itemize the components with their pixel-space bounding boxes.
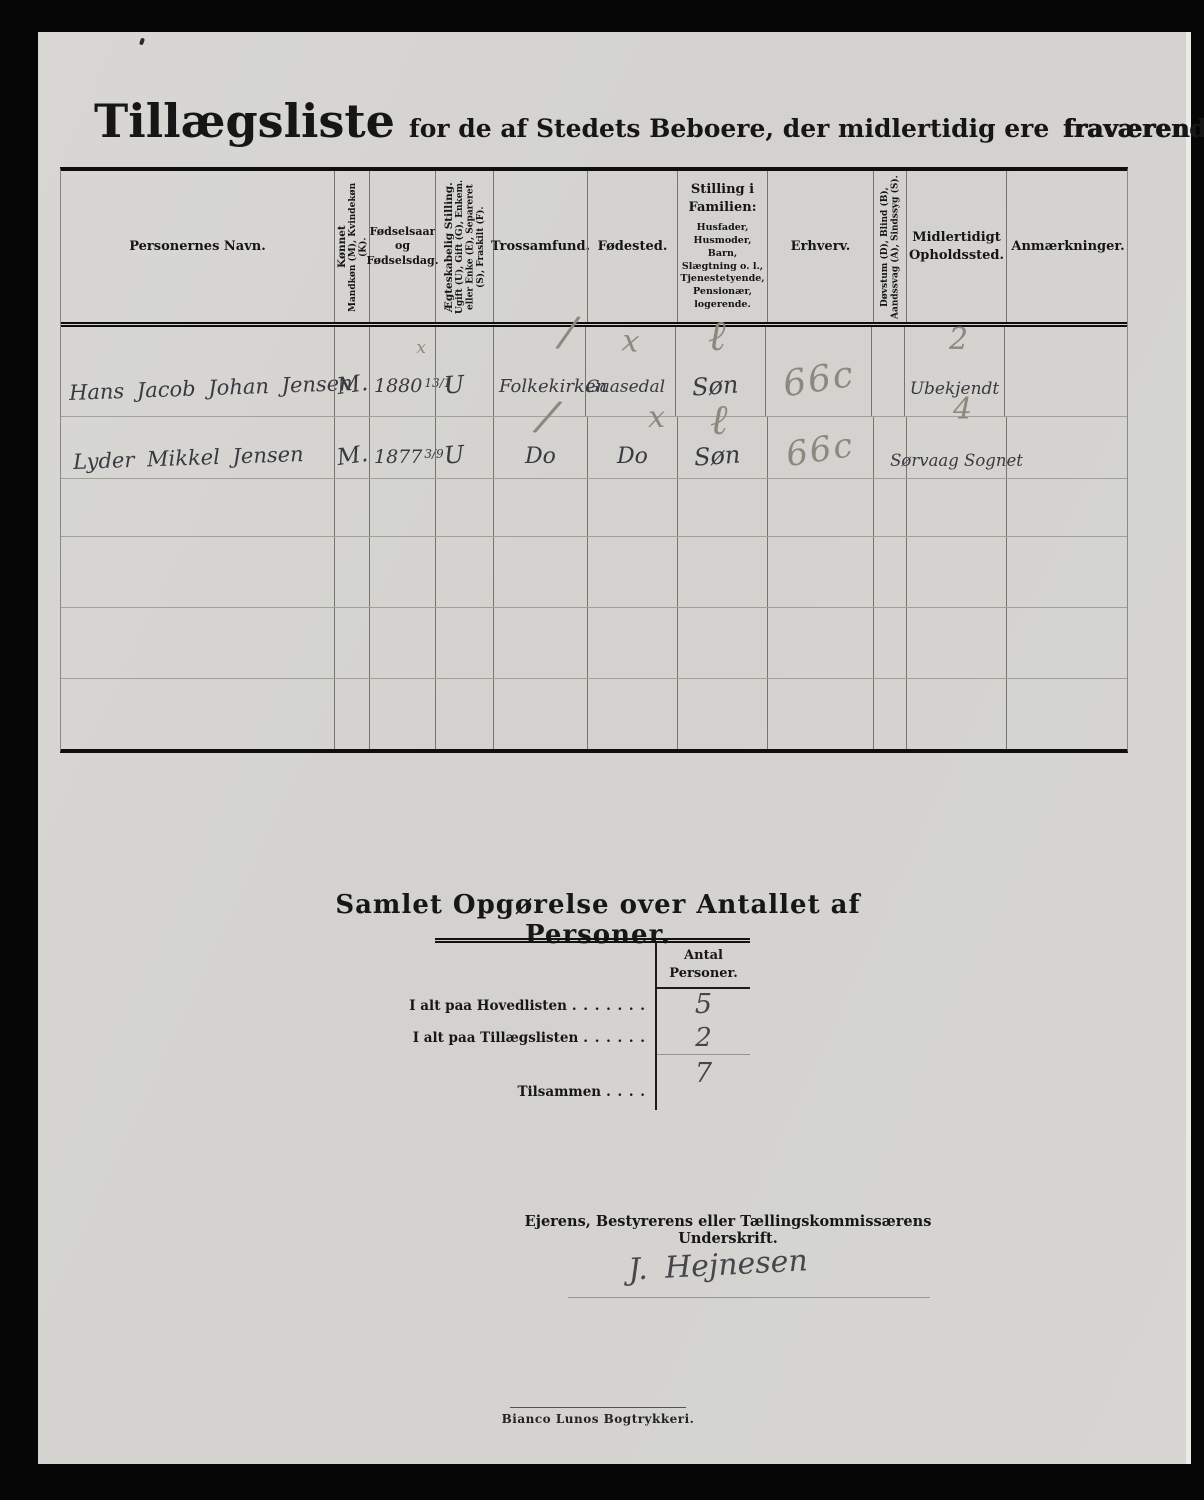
col-header-stilling-label: Stilling i Familien: [680, 181, 765, 216]
empty-cell [767, 679, 873, 749]
table-row-empty [61, 479, 1127, 537]
pencil-mark: ℓ [710, 399, 728, 441]
handwritten-name: Hans Jacob Johan Jensen [69, 371, 353, 405]
handwritten-family-position: Søn [693, 440, 741, 471]
table-row-empty [61, 608, 1127, 679]
empty-cell [677, 608, 767, 678]
handwritten-religion: Do [525, 444, 556, 469]
empty-cell [334, 608, 369, 678]
empty-cell [334, 679, 369, 749]
handwritten-name: Lyder Mikkel Jensen [73, 442, 304, 474]
cell-erhverv: 66c [767, 417, 873, 478]
col-header-fodested-label: Fødested. [598, 238, 668, 256]
dot-leader: . . . . . . [583, 1030, 646, 1046]
col-header-dovstum-label: Døvstum (D), Blind (B), Aandssvag (A), S… [880, 174, 901, 320]
col-header-stilling: Stilling i Familien: Husfader, Husmoder,… [677, 171, 767, 322]
empty-cell [435, 679, 493, 749]
handwritten-birth-year: 1880 [374, 375, 422, 397]
summary-labels: I alt paa Hovedlisten . . . . . . . I al… [435, 943, 655, 1110]
col-header-trossamfund-label: Trossamfund. [491, 238, 590, 256]
empty-cell [369, 679, 435, 749]
cell-trossamfund: Folkekirken / [493, 327, 587, 416]
empty-cell [906, 537, 1006, 607]
empty-cell [906, 608, 1006, 678]
empty-cell [369, 537, 435, 607]
handwritten-birth-year: 1877 [374, 446, 422, 468]
empty-cell [587, 608, 677, 678]
page-title: Tillægsliste for de af Stedets Beboere, … [94, 94, 1204, 148]
empty-cell [61, 679, 334, 749]
summary-row-tillaegslisten: I alt paa Tillægslisten . . . . . . [435, 1022, 655, 1054]
empty-cell [873, 679, 906, 749]
col-header-aegteskabelig: Ægteskabelig Stilling. Ugift (U), Gift (… [435, 171, 493, 322]
cell-kon: M. [334, 327, 369, 416]
printer-rule [510, 1407, 686, 1408]
table-row-empty [61, 679, 1127, 749]
empty-cell [435, 608, 493, 678]
col-header-navn-label: Personernes Navn. [129, 238, 266, 256]
col-header-kon: Kønnet Mandkøn (M), Kvindekøn (K). [334, 171, 369, 322]
empty-cell [1006, 679, 1129, 749]
empty-cell [369, 608, 435, 678]
pencil-mark: 4 [953, 395, 972, 425]
empty-cell [334, 537, 369, 607]
cell-navn: Lyder Mikkel Jensen [61, 417, 334, 478]
pencil-mark: x [416, 340, 426, 357]
col-header-fodselsaar: Fødselsaar og Fødselsdag. [369, 171, 435, 322]
empty-cell [767, 608, 873, 678]
summary-column-header: Antal Personer. [657, 943, 750, 989]
cell-fodested: Do x [587, 417, 677, 478]
empty-cell [61, 537, 334, 607]
summary-label-spacer [435, 943, 655, 989]
pencil-mark: x [620, 326, 640, 358]
signature-line [568, 1297, 930, 1298]
empty-cell [906, 479, 1006, 536]
dot-leader: . . . . [606, 1084, 646, 1100]
empty-cell [587, 479, 677, 536]
cell-stilling: Søn ℓ [677, 417, 767, 478]
col-header-fodselsaar-label: Fødselsaar og Fødselsdag. [366, 225, 438, 268]
cell-anmaerkninger [1006, 417, 1129, 478]
empty-cell [677, 679, 767, 749]
col-header-fodested: Fødested. [587, 171, 677, 322]
table-row-empty [61, 537, 1127, 608]
empty-cell [1006, 537, 1129, 607]
summary-label: I alt paa Hovedlisten [409, 998, 567, 1014]
summary-label: Tilsammen [517, 1084, 601, 1100]
col-header-kon-label: Kønnet [336, 174, 348, 320]
empty-cell [493, 479, 587, 536]
cell-erhverv: 66c [765, 327, 871, 416]
empty-cell [1006, 608, 1129, 678]
scan-speck [139, 38, 145, 46]
empty-cell [873, 479, 906, 536]
cell-fodselsaar: 18773/9 [369, 417, 435, 478]
empty-cell [677, 479, 767, 536]
empty-cell [435, 479, 493, 536]
paper-edge [1186, 32, 1191, 1464]
pencil-mark: x [648, 403, 665, 433]
col-header-aegteskabelig-sub: Ugift (U), Gift (G), Enkem. eller Enke (… [455, 174, 486, 320]
handwritten-sex: M. [335, 441, 369, 471]
col-header-opholdssted: Midlertidigt Opholdssted. [906, 171, 1006, 322]
handwritten-count-hovedlisten: 5 [657, 989, 750, 1022]
empty-cell [369, 479, 435, 536]
handwritten-temporary-residence: Sørvaag Sognet [890, 451, 1023, 470]
handwritten-signature: J. Hejnesen [597, 1242, 839, 1290]
cell-dovstum [871, 327, 904, 416]
col-header-stilling-sub: Husfader, Husmoder, Barn, Slægtning o. l… [680, 222, 765, 312]
empty-cell [61, 608, 334, 678]
col-header-erhverv-label: Erhverv. [791, 238, 851, 256]
census-table: Personernes Navn. Kønnet Mandkøn (M), Kv… [60, 167, 1128, 753]
empty-cell [493, 608, 587, 678]
empty-cell [906, 679, 1006, 749]
col-header-navn: Personernes Navn. [61, 171, 334, 322]
title-emphasis: fraværende. [1063, 114, 1204, 143]
handwritten-birthplace: Gaasedal [586, 377, 665, 397]
handwritten-count-tillaegslisten: 2 [657, 1022, 750, 1054]
printer-imprint: Bianco Lunos Bogtrykkeri. [497, 1412, 699, 1426]
col-header-erhverv: Erhverv. [767, 171, 873, 322]
pencil-occupation-code: 66c [780, 354, 858, 406]
empty-cell [334, 479, 369, 536]
summary-label: I alt paa Tillægslisten [413, 1030, 579, 1046]
title-main: Tillægsliste [94, 94, 395, 148]
handwritten-count-tilsammen: 7 [657, 1054, 750, 1110]
empty-cell [1006, 479, 1129, 536]
cell-kon: M. [334, 417, 369, 478]
summary-values-column: Antal Personer. 5 2 7 [655, 943, 750, 1110]
handwritten-marital-status: U [443, 440, 465, 469]
table-header-row: Personernes Navn. Kønnet Mandkøn (M), Kv… [61, 171, 1127, 327]
empty-cell [677, 537, 767, 607]
summary-table: I alt paa Hovedlisten . . . . . . . I al… [435, 938, 750, 1110]
empty-cell [587, 679, 677, 749]
empty-cell [435, 537, 493, 607]
table-row-2: Lyder Mikkel Jensen M. 18773/9 U Do / Do… [61, 417, 1127, 479]
col-header-anmaerkninger-label: Anmærkninger. [1011, 238, 1124, 256]
pencil-mark: 2 [949, 325, 968, 355]
col-header-dovstum: Døvstum (D), Blind (B), Aandssvag (A), S… [873, 171, 906, 322]
cell-aegteskabelig: U [435, 417, 493, 478]
cell-anmaerkninger [1004, 327, 1127, 416]
empty-cell [587, 537, 677, 607]
empty-cell [493, 679, 587, 749]
title-rest: for de af Stedets Beboere, der midlertid… [409, 114, 1049, 143]
pencil-mark: ℓ [708, 315, 726, 357]
cell-opholdssted: Sørvaag Sognet 4 [906, 417, 1006, 478]
col-header-trossamfund: Trossamfund. [493, 171, 587, 322]
col-header-kon-vertical: Kønnet Mandkøn (M), Kvindekøn (K). [336, 174, 369, 320]
summary-row-tilsammen: Tilsammen . . . . [435, 1054, 655, 1110]
empty-cell [767, 479, 873, 536]
handwritten-birthplace: Do [617, 444, 648, 469]
empty-cell [61, 479, 334, 536]
handwritten-sex: M. [335, 370, 369, 400]
handwritten-marital-status: U [443, 370, 465, 399]
col-header-anmaerkninger: Anmærkninger. [1006, 171, 1129, 322]
col-header-opholdssted-label: Midlertidigt Opholdssted. [909, 229, 1004, 264]
col-header-kon-sub: Mandkøn (M), Kvindekøn (K). [348, 174, 369, 320]
empty-cell [493, 537, 587, 607]
col-header-dovstum-vertical: Døvstum (D), Blind (B), Aandssvag (A), S… [880, 174, 901, 320]
empty-cell [873, 608, 906, 678]
cell-trossamfund: Do / [493, 417, 587, 478]
cell-navn: Hans Jacob Johan Jensen [61, 327, 334, 416]
census-form-page: Tillægsliste for de af Stedets Beboere, … [38, 32, 1191, 1464]
empty-cell [767, 537, 873, 607]
pencil-occupation-code: 66c [784, 425, 858, 475]
col-header-aegteskabelig-label: Ægteskabelig Stilling. [443, 174, 455, 320]
cell-aegteskabelig: U [435, 327, 493, 416]
dot-leader: . . . . . . . [572, 998, 646, 1014]
empty-cell [873, 537, 906, 607]
col-header-aegteskabelig-vertical: Ægteskabelig Stilling. Ugift (U), Gift (… [443, 174, 486, 320]
signature-caption: Ejerens, Bestyrerens eller Tællingskommi… [478, 1213, 978, 1247]
summary-row-hovedlisten: I alt paa Hovedlisten . . . . . . . [435, 989, 655, 1022]
cell-fodselsaar: 188013/1 x [369, 327, 435, 416]
